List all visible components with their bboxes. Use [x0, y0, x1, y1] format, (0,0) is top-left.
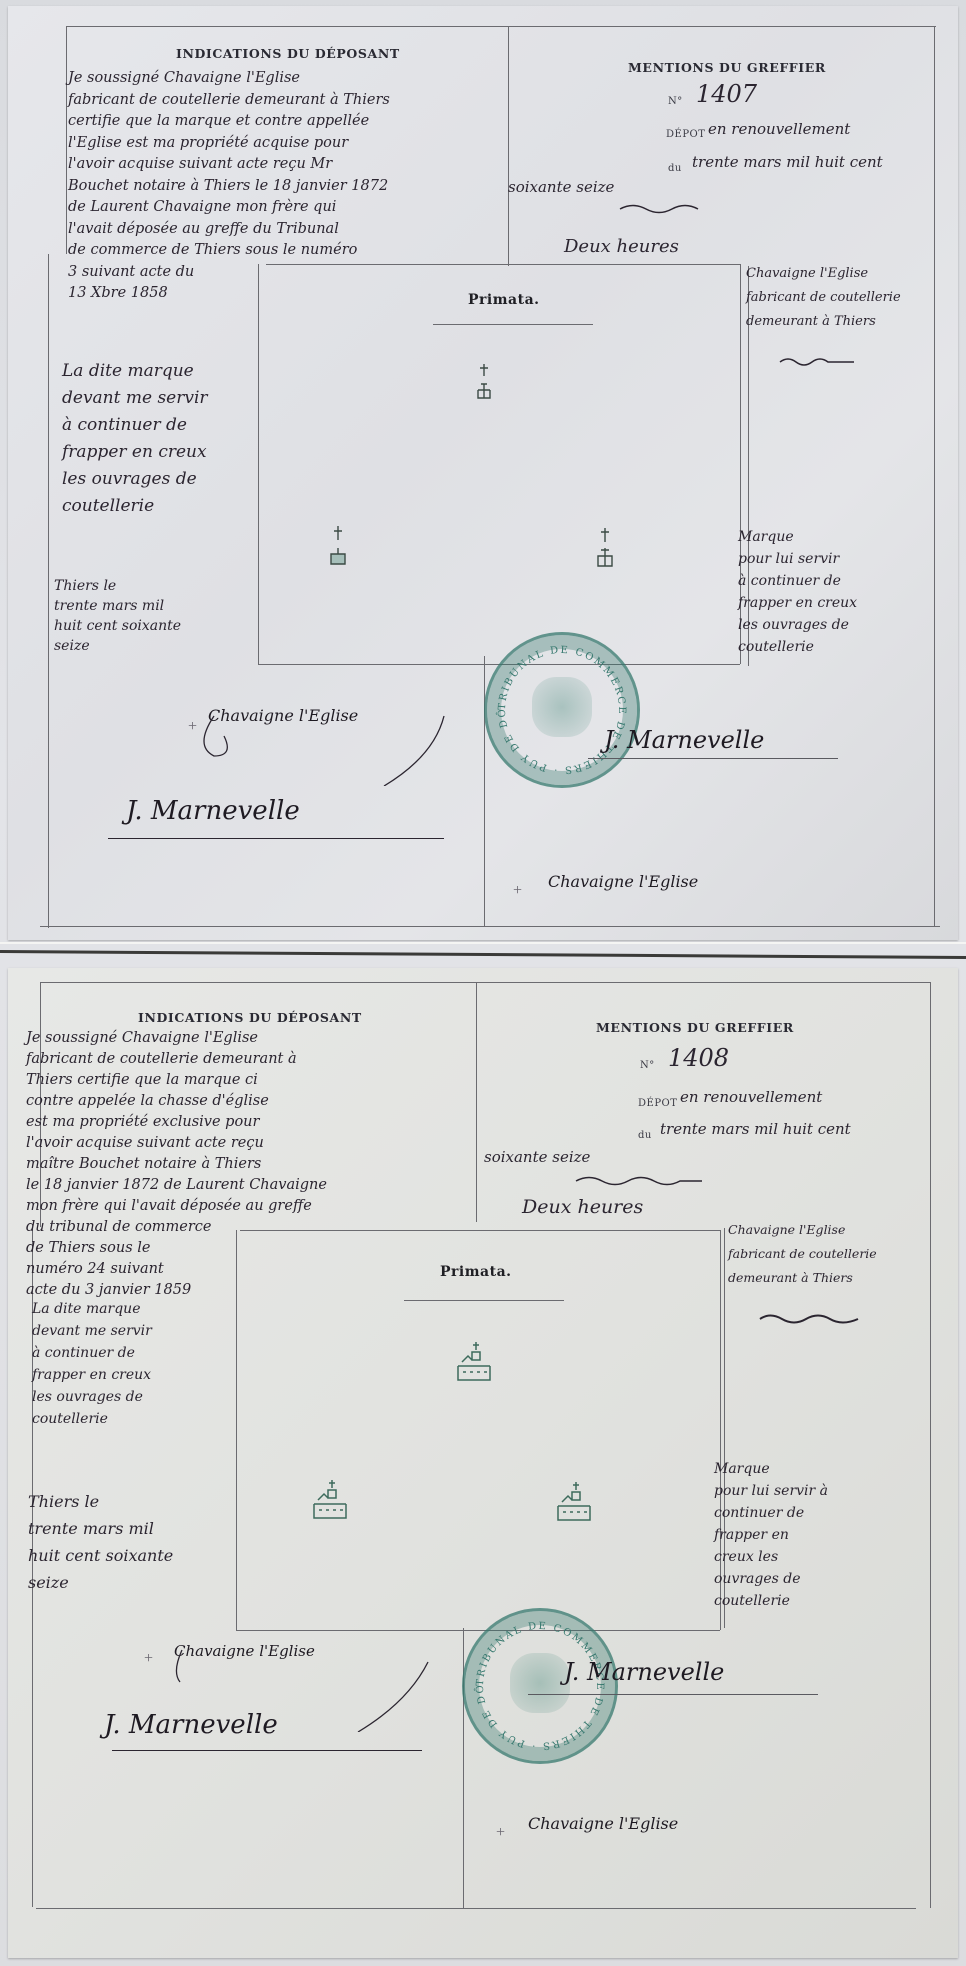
mark-title: Primata.: [468, 292, 540, 308]
frame-right-rule: [930, 982, 931, 1908]
frame-top-rule: [66, 26, 936, 27]
signature-deposant-second: Chavaigne l'Eglise: [528, 1814, 678, 1833]
deposant-usage: La dite marque devant me servir à contin…: [62, 358, 272, 520]
frame-bottom-rule: [40, 926, 940, 927]
frame-right-rule: [934, 26, 935, 926]
depot-text: en renouvellement: [708, 116, 850, 142]
header-indications-deposant: INDICATIONS DU DÉPOSANT: [138, 1010, 362, 1025]
mark-description: Chavaigne l'Eglise fabricant de coutelle…: [728, 1218, 928, 1290]
deposit-hour: Deux heures: [564, 234, 679, 260]
church-mark-icon: [326, 524, 350, 568]
signature-cross-mark: +: [513, 882, 522, 900]
header-mentions-greffier: MENTIONS DU GREFFIER: [596, 1020, 794, 1035]
deposit-date-cont: soixante seize: [508, 174, 614, 200]
date-prefix: du: [638, 1130, 652, 1141]
deposant-declaration: Je soussigné Chavaigne l'Eglise fabrican…: [26, 1028, 486, 1301]
seal-emblem: [510, 1653, 570, 1713]
flourish-squiggle: [778, 356, 858, 368]
page-fold-edge: [0, 942, 966, 944]
seal-emblem: [532, 677, 592, 737]
deposit-date-cont: soixante seize: [484, 1144, 590, 1170]
mark-title-underline: [433, 324, 593, 325]
frame-left-rule: [48, 254, 49, 928]
date-prefix: du: [668, 163, 682, 174]
signature-underline: [588, 758, 838, 759]
mark-description: Chavaigne l'Eglise fabricant de coutelle…: [746, 262, 936, 334]
signature-greffier-second: J. Marnevelle: [604, 726, 764, 754]
church-mark-icon: [474, 362, 494, 402]
signature-deposant-second: Chavaigne l'Eglise: [548, 872, 698, 891]
signature-flourish: [184, 706, 474, 786]
mark-usage: Marque pour lui servir à continuer de fr…: [738, 526, 938, 658]
column-divider: [508, 26, 509, 266]
church-mark-icon: [594, 526, 616, 570]
deposit-date: trente mars mil huit cent: [692, 149, 883, 175]
deposant-place-date: Thiers le trente mars mil huit cent soix…: [28, 1488, 238, 1596]
mark-box-top: [240, 1230, 720, 1231]
signature-underline: [112, 1750, 422, 1751]
mark-title-underline: [404, 1300, 564, 1301]
deposit-hour: Deux heures: [522, 1194, 643, 1220]
frame-top-rule: [40, 982, 930, 983]
flourish-squiggle: [758, 1312, 868, 1326]
flourish-squiggle: [618, 202, 708, 216]
signature-cross-mark: +: [144, 1650, 153, 1668]
depot-label: DÉPOT: [666, 129, 705, 140]
flourish-squiggle: [574, 1174, 704, 1188]
signature-greffier: J. Marnevelle: [104, 1710, 278, 1740]
tribunal-seal-stamp: TRIBUNAL DE COMMERCE DE THIERS · PUY DE …: [462, 1608, 618, 1764]
deposant-declaration: Je soussigné Chavaigne l'Eglise fabrican…: [68, 68, 508, 305]
mark-box-top: [266, 264, 741, 265]
mark-usage: Marque pour lui servir à continuer de fr…: [714, 1458, 924, 1612]
frame-bottom-rule: [36, 1908, 916, 1909]
signature-greffier-second: J. Marnevelle: [564, 1658, 724, 1686]
mark-title: Primata.: [440, 1264, 512, 1280]
deposant-usage: La dite marque devant me servir à contin…: [32, 1298, 242, 1430]
deposit-number: 1408: [668, 1044, 729, 1072]
header-indications-deposant: INDICATIONS DU DÉPOSANT: [176, 46, 400, 61]
depot-text: en renouvellement: [680, 1084, 822, 1110]
deposit-number: 1407: [696, 80, 757, 108]
tribunal-seal-stamp: TRIBUNAL DE COMMERCE DE THIERS · PUY DE …: [484, 632, 640, 788]
depot-label: DÉPOT: [638, 1098, 677, 1109]
church-mark-icon: [454, 1340, 494, 1386]
signature-underline: [108, 838, 444, 839]
deposit-date: trente mars mil huit cent: [660, 1116, 851, 1142]
number-prefix: N°: [640, 1060, 655, 1071]
signature-cross-mark: +: [496, 1824, 505, 1842]
signature-greffier: J. Marnevelle: [126, 796, 300, 826]
church-mark-icon: [310, 1478, 350, 1524]
form-bottom: INDICATIONS DU DÉPOSANT MENTIONS DU GREF…: [8, 968, 958, 1958]
header-mentions-greffier: MENTIONS DU GREFFIER: [628, 60, 826, 75]
number-prefix: N°: [668, 96, 683, 107]
signature-underline: [528, 1694, 818, 1695]
deposant-place-date: Thiers le trente mars mil huit cent soix…: [54, 576, 264, 656]
form-top: INDICATIONS DU DÉPOSANT MENTIONS DU GREF…: [8, 6, 958, 940]
church-mark-icon: [554, 1480, 594, 1526]
frame-left-rule-upper: [66, 26, 67, 254]
